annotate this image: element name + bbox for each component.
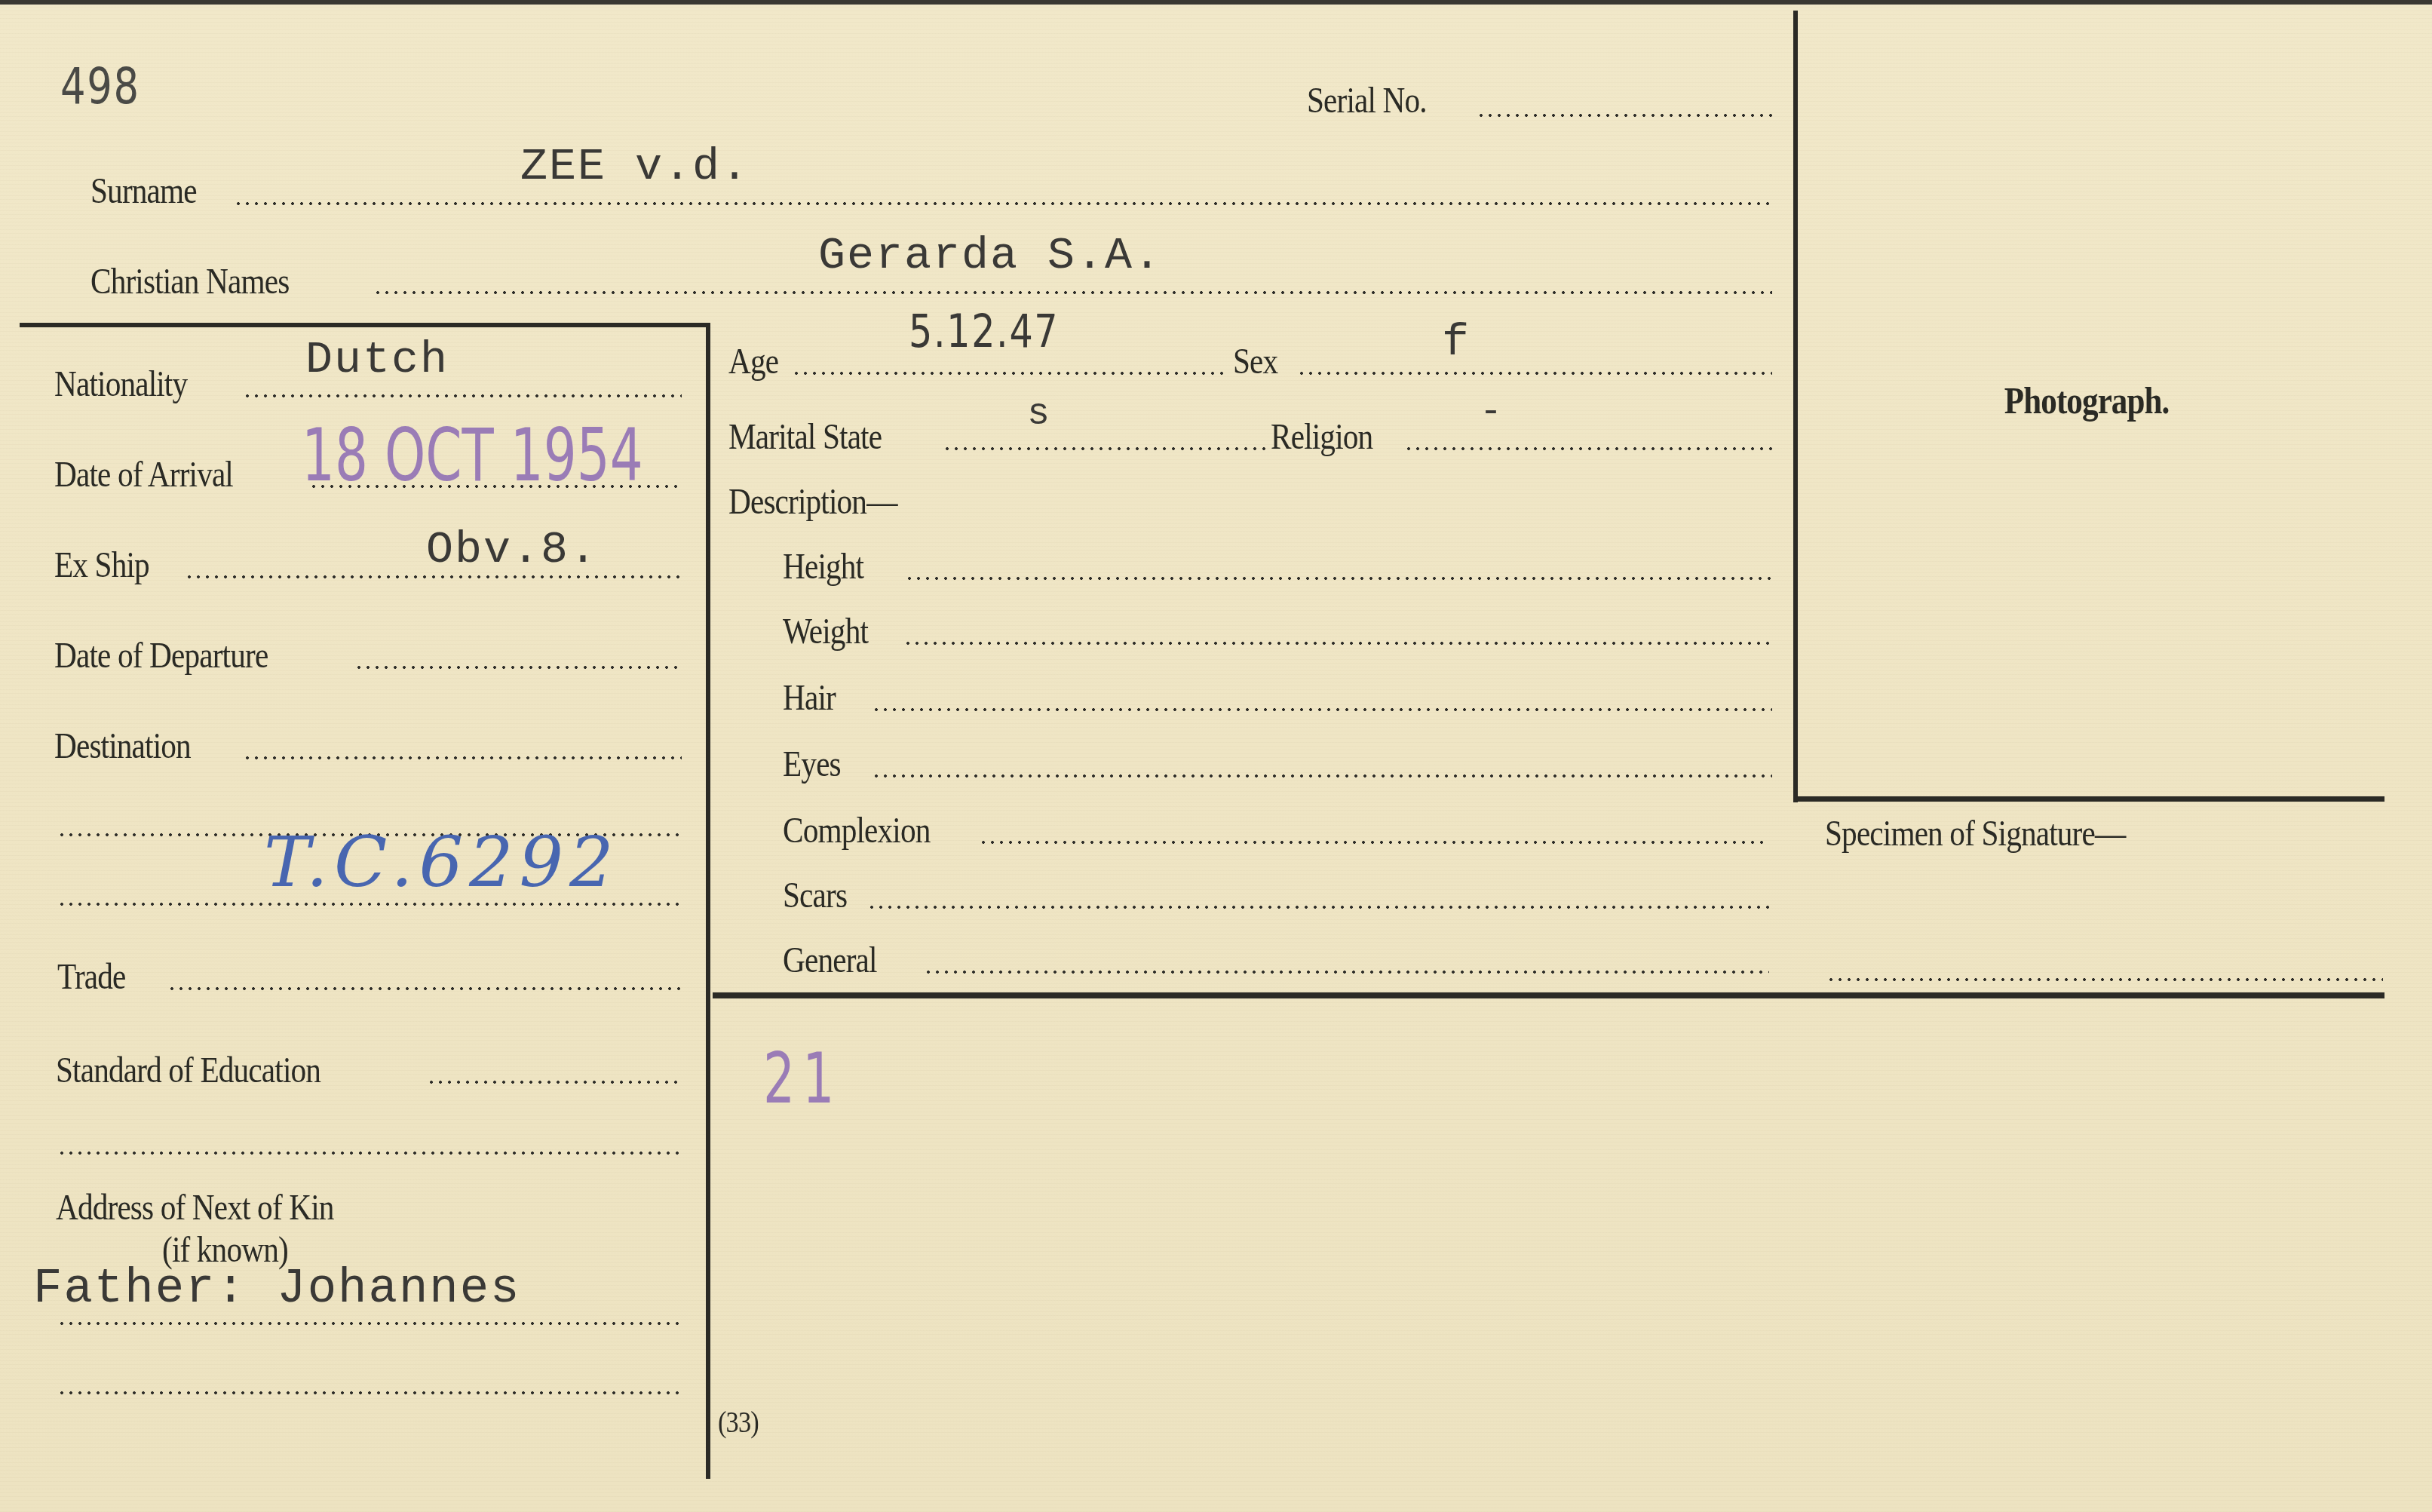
christian-names-field[interactable] [373,290,1772,295]
card-top-edge [0,0,2432,5]
destination-field-line-3[interactable] [57,902,682,906]
christian-names-label: Christian Names [90,264,289,300]
sex-label: Sex [1233,344,1277,380]
nationality-value: Dutch [305,338,449,383]
next-of-kin-label: Address of Next of Kin [56,1190,334,1226]
scars-label: Scars [783,878,847,914]
marital-state-label: Marital State [728,419,882,455]
destination-label: Destination [54,728,191,765]
surname-label: Surname [90,173,197,210]
trade-field[interactable] [167,986,682,991]
ex-ship-label: Ex Ship [54,547,149,584]
arrival-date-stamp: 18 OCT 1954 [302,419,643,492]
weight-label: Weight [783,614,868,650]
christian-names-value: Gerarda S.A. [818,234,1162,279]
description-label: Description— [728,484,897,520]
hair-field[interactable] [872,707,1772,712]
eyes-field[interactable] [872,774,1772,778]
signature-label: Specimen of Signature— [1825,816,2125,852]
next-of-kin-field[interactable] [57,1321,682,1326]
serial-number-label: Serial No. [1307,83,1427,119]
serial-number-field[interactable] [1477,113,1772,118]
marital-state-value: s [1027,396,1051,434]
sex-value: f [1442,320,1471,366]
complexion-label: Complexion [783,813,931,849]
date-of-departure-label: Date of Departure [54,638,268,674]
nationality-field[interactable] [243,394,682,398]
date-of-departure-field[interactable] [354,665,682,670]
marital-state-field[interactable] [943,446,1267,451]
complexion-field[interactable] [979,840,1769,845]
date-of-arrival-field[interactable] [309,484,682,489]
date-of-arrival-label: Date of Arrival [54,457,233,493]
standard-of-education-field-line-2[interactable] [57,1151,682,1155]
photo-box-bottom-border [1795,796,2384,802]
photograph-box [1798,11,2384,796]
standard-of-education-label: Standard of Education [56,1053,320,1089]
sex-field[interactable] [1297,371,1772,376]
form-number: (33) [718,1407,759,1437]
age-value: 5.12.47 [909,309,1059,354]
ex-ship-field[interactable] [185,575,682,579]
religion-value: - [1480,394,1504,431]
surname-field[interactable] [234,201,1772,206]
hair-label: Hair [783,680,836,716]
general-field[interactable] [924,970,1769,974]
left-panel-right-border [706,323,710,1479]
surname-value: ZEE v.d. [520,145,750,190]
age-field[interactable] [792,371,1229,376]
weight-field[interactable] [903,641,1772,646]
next-of-kin-value: Father: Johannes [33,1265,521,1314]
stamp-number: 21 [763,1044,842,1114]
next-of-kin-field-line-2[interactable] [57,1391,682,1395]
ex-ship-value: Obv.8. [426,528,598,573]
card-number: 498 [60,62,140,112]
handwritten-reference: T.C.6292 [264,828,620,897]
description-bottom-border [713,992,2384,998]
standard-of-education-field[interactable] [427,1080,682,1084]
religion-label: Religion [1271,419,1372,455]
general-label: General [783,943,877,979]
scars-field[interactable] [867,905,1769,909]
immigration-record-card: 498 Serial No. ZEE v.d. Surname Gerarda … [0,0,2432,1512]
age-label: Age [728,344,778,380]
religion-field[interactable] [1404,446,1772,451]
height-label: Height [783,549,863,585]
trade-label: Trade [57,959,126,995]
destination-field[interactable] [243,756,682,760]
signature-field[interactable] [1826,977,2383,982]
nationality-label: Nationality [54,366,187,403]
eyes-label: Eyes [783,747,841,783]
height-field[interactable] [905,576,1772,581]
left-panel-top-border [20,323,710,327]
